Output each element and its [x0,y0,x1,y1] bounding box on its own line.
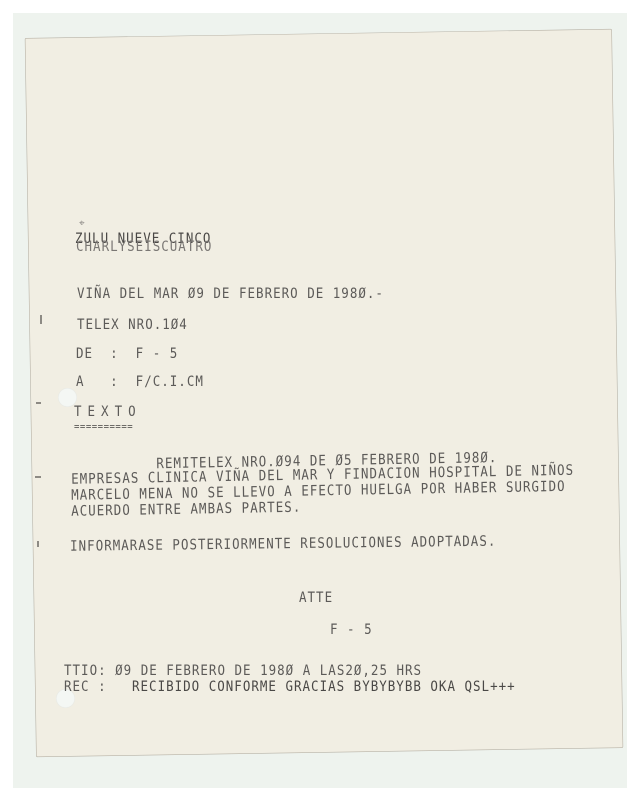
closing: ATTE [299,588,333,605]
signature: F - 5 [330,620,373,637]
margin-mark [37,541,39,547]
reception-text: RECIBIDO CONFORME GRACIAS BYBYBYBB OKA Q… [132,677,516,694]
telex-paper [25,29,622,756]
transmission-line: TTIO: Ø9 DE FEBRERO DE 198Ø A LAS2Ø,25 H… [64,661,422,678]
telex-number: TELEX NRO.1Ø4 [77,315,188,332]
text-heading: TEXTO [74,402,142,419]
text-underline: ========== [74,422,133,434]
date-line: VIÑA DEL MAR Ø9 DE FEBRERO DE 198Ø.- [77,284,384,301]
to-line: A : F/C.I.CM [76,372,204,389]
header-mark-icon: ⌖ [79,218,85,229]
header-line-2: CHARLYSEISCUATRO [76,237,212,254]
reception-label: REC : [64,677,107,694]
margin-mark [35,476,41,478]
margin-mark [40,315,42,324]
from-line: DE : F - 5 [76,344,178,361]
margin-mark [36,402,41,404]
